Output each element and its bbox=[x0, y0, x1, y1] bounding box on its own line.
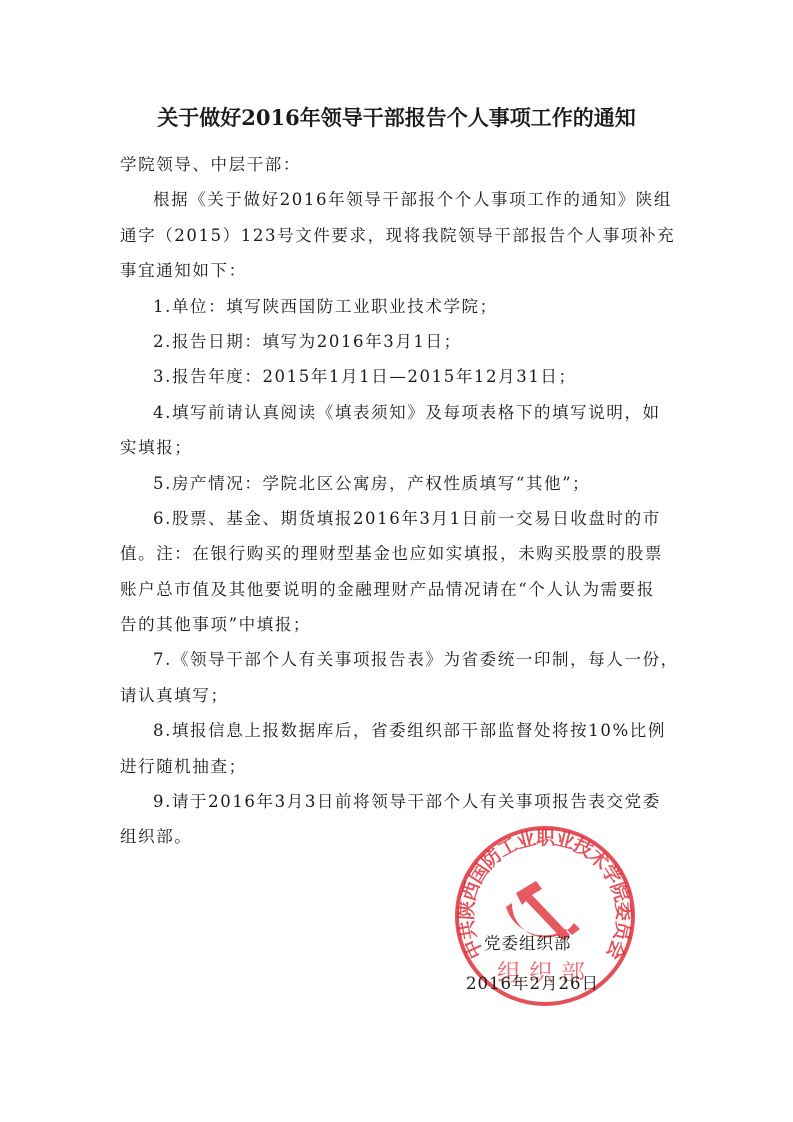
signature-date: 2016年2月26日 bbox=[466, 970, 599, 994]
list-item-6-cont: 值。注：在银行购买的理财型基金也应如实填报，未购买股票的股票 bbox=[120, 536, 672, 571]
signature-org: 党委组织部 bbox=[484, 930, 572, 954]
list-item-6-cont: 账户总市值及其他要说明的金融理财产品情况请在“个人认为需要报 bbox=[120, 572, 672, 607]
list-item-7-cont: 请认真填写； bbox=[120, 678, 672, 713]
list-item-8: 8.填报信息上报数据库后，省委组织部干部监督处将按10%比例 bbox=[120, 713, 672, 748]
list-item-2: 2.报告日期：填写为2016年3月1日； bbox=[120, 324, 672, 359]
list-item-7: 7.《领导干部个人有关事项报告表》为省委统一印制，每人一份， bbox=[120, 642, 672, 677]
list-item-3: 3.报告年度：2015年1月1日—2015年12月31日； bbox=[120, 359, 672, 394]
document-body: 学院领导、中层干部： 根据《关于做好2016年领导干部报个个人事项工作的通知》陕… bbox=[120, 147, 672, 855]
list-item-4: 4.填写前请认真阅读《填表须知》及每项表格下的填写说明，如 bbox=[120, 395, 672, 430]
list-item-6-cont: 告的其他事项”中填报； bbox=[120, 607, 672, 642]
body-line: 通字（2015）123号文件要求，现将我院领导干部报告个人事项补充 bbox=[120, 218, 672, 253]
body-line: 根据《关于做好2016年领导干部报个个人事项工作的通知》陕组 bbox=[120, 182, 672, 217]
list-item-8-cont: 进行随机抽查； bbox=[120, 749, 672, 784]
list-item-9: 9.请于2016年3月3日前将领导干部个人有关事项报告表交党委 bbox=[120, 784, 672, 819]
list-item-4-cont: 实填报； bbox=[120, 430, 672, 465]
list-item-6: 6.股票、基金、期货填报2016年3月1日前一交易日收盘时的市 bbox=[120, 501, 672, 536]
list-item-1: 1.单位：填写陕西国防工业职业技术学院； bbox=[120, 289, 672, 324]
document-title: 关于做好2016年领导干部报告个人事项工作的通知 bbox=[0, 102, 793, 132]
body-line: 事宜通知如下： bbox=[120, 253, 672, 288]
salutation: 学院领导、中层干部： bbox=[120, 147, 672, 182]
list-item-5: 5.房产情况：学院北区公寓房，产权性质填写“其他”； bbox=[120, 466, 672, 501]
